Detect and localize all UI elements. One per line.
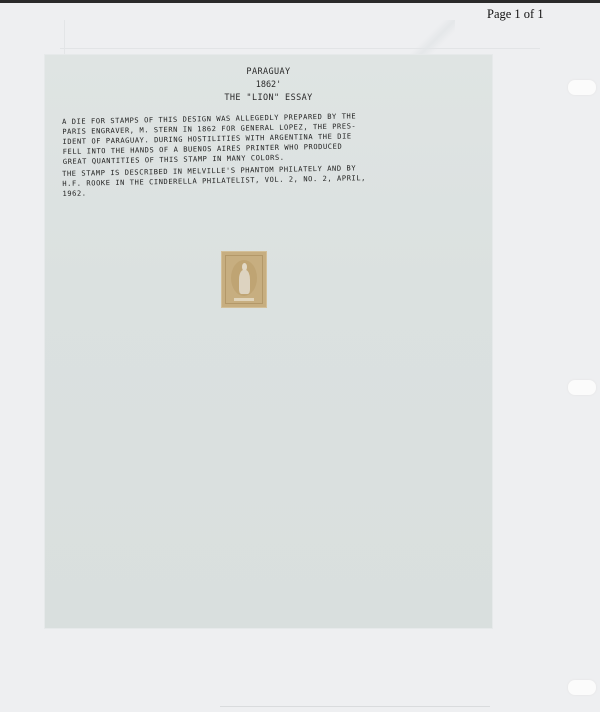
stamp-value-tablet [234, 298, 254, 301]
scan-guide-line [64, 20, 65, 60]
scan-guide-line [60, 48, 540, 49]
binder-hole-tab [568, 80, 596, 95]
lion-figure-icon [239, 270, 250, 294]
binder-hole-tab [568, 380, 596, 395]
scan-bottom-edge [220, 706, 490, 707]
binder-hole-tab [568, 680, 596, 695]
country-heading: PARAGUAY [45, 67, 492, 77]
reference-paragraph: THE STAMP IS DESCRIBED IN MELVILLE'S PHA… [62, 161, 482, 199]
year-heading: 1862' [45, 80, 492, 90]
title-heading: THE "LION" ESSAY [45, 93, 492, 103]
scan-top-edge [0, 0, 600, 3]
album-page: PARAGUAY 1862' THE "LION" ESSAY A DIE FO… [45, 55, 492, 628]
lion-essay-stamp [222, 252, 266, 307]
page-indicator: Page 1 of 1 [487, 7, 544, 22]
description-paragraph: A DIE FOR STAMPS OF THIS DESIGN WAS ALLE… [62, 109, 483, 167]
